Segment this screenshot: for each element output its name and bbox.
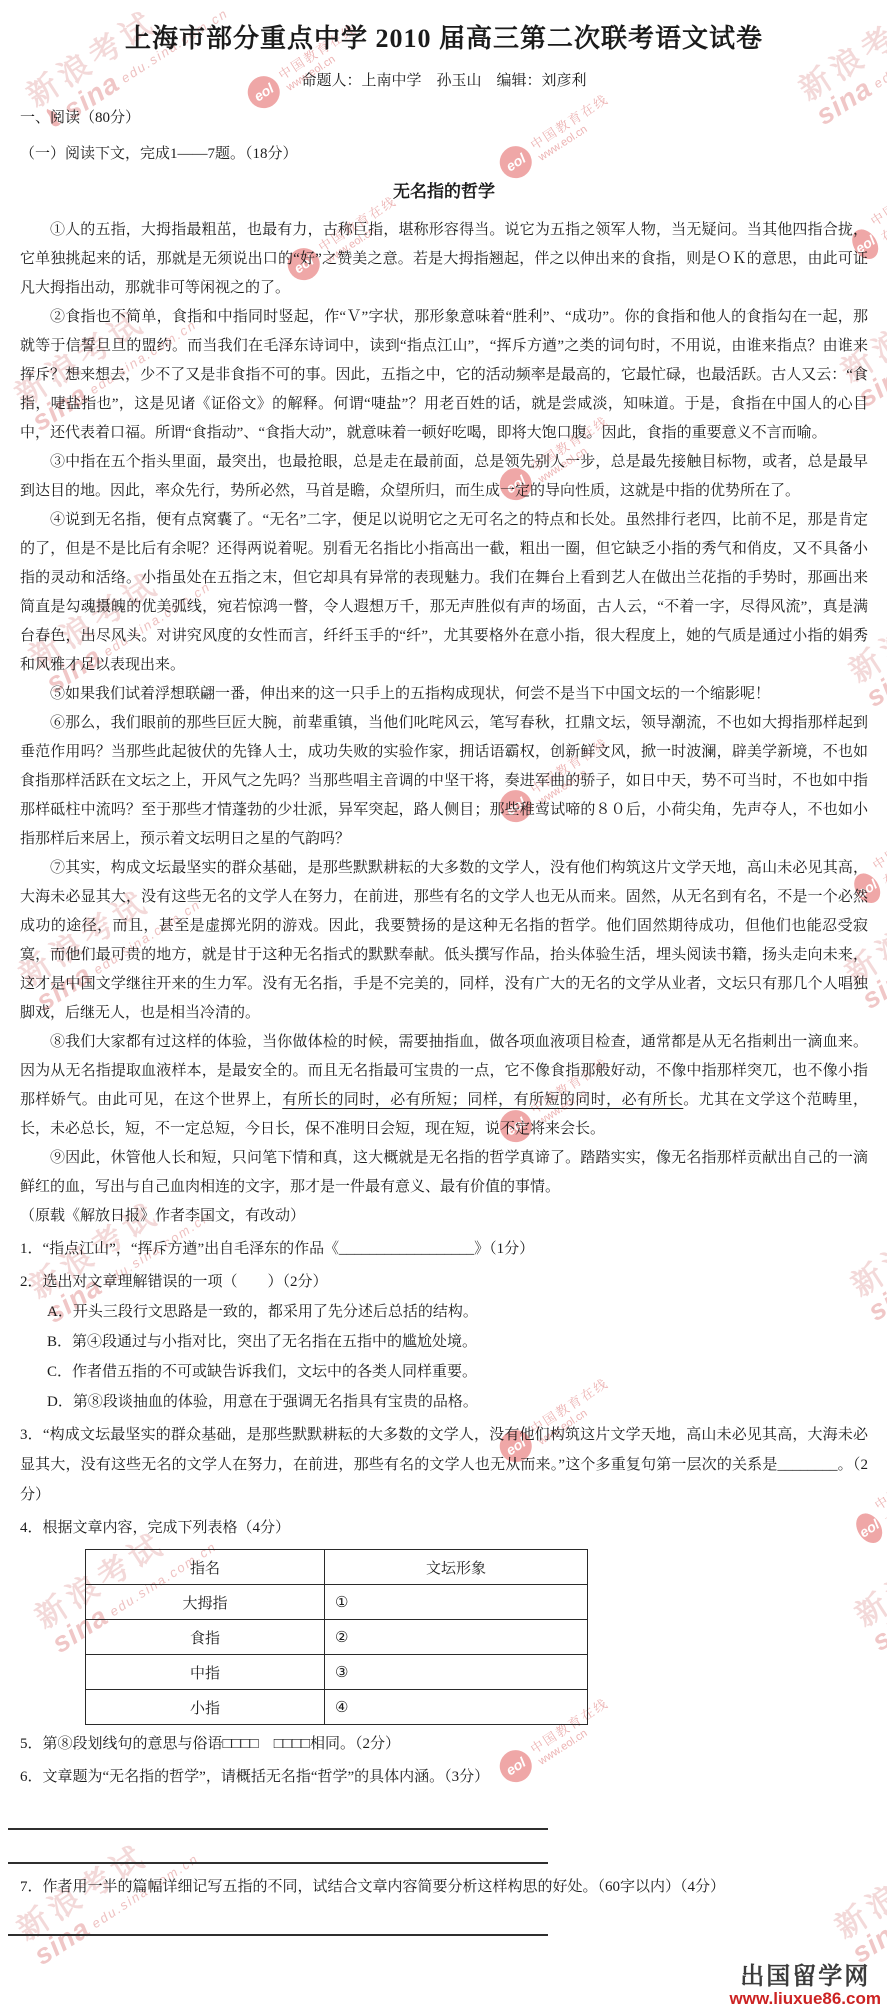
question-2-option-c: C．作者借五指的不可或缺告诉我们，文坛中的各类人同样重要。 (20, 1357, 868, 1387)
essay-title: 无名指的哲学 (20, 177, 868, 202)
answer-line (8, 1934, 548, 1936)
essay-paragraph-4: ④说到无名指，便有点窝囊了。“无名”二字，便足以说明它之无可名之的特点和长处。虽… (20, 506, 868, 680)
question-2-option-a: A．开头三段行文思路是一致的，都采用了先分述后总括的结构。 (20, 1297, 868, 1327)
page-title: 上海市部分重点中学 2010 届高三第二次联考语文试卷 (20, 18, 868, 55)
question-7: 7．作者用一半的篇幅详细记写五指的不同，试结合文章内容简要分析这样构思的好处。（… (20, 1872, 868, 1902)
table-row: 中指 ③ (86, 1655, 588, 1690)
footer-site-name: 出国留学网 (730, 1956, 881, 1991)
answer-line (8, 1862, 548, 1864)
exam-paper-page: 新浪考试 sina edu.sina.com.cn 新浪考试 sinaedu.s… (0, 0, 887, 2013)
footer-site-url: www.liuxue86.com (730, 1989, 881, 2009)
table-cell-finger: 大拇指 (86, 1585, 325, 1620)
question-2-option-b: B．第④段通过与小指对比，突出了无名指在五指中的尴尬处境。 (20, 1327, 868, 1357)
table-header-row: 指名 文坛形象 (86, 1550, 588, 1585)
essay-paragraph-1: ①人的五指，大拇指最粗茁，也最有力，古称巨指，堪称形容得当。说它为五指之领军人物… (20, 216, 868, 303)
essay-paragraph-7: ⑦其实，构成文坛最坚实的群众基础，是那些默默耕耘的大多数的文学人，没有他们构筑这… (20, 854, 868, 1028)
essay-paragraph-6: ⑥那么，我们眼前的那些巨匠大腕，前辈重镇，当他们叱咤风云，笔写春秋，扛鼎文坛，领… (20, 709, 868, 854)
question-6: 6．文章题为“无名指的哲学”，请概括无名指“哲学”的具体内涵。（3分） (20, 1762, 868, 1792)
table-row: 食指 ② (86, 1620, 588, 1655)
table-header-image: 文坛形象 (325, 1550, 588, 1585)
answer-line (8, 1828, 548, 1830)
question-5: 5．第⑧段划线句的意思与俗语□□□□ □□□□相同。（2分） (20, 1729, 868, 1759)
document-body: 上海市部分重点中学 2010 届高三第二次联考语文试卷 命题人：上南中学 孙玉山… (0, 0, 887, 1936)
essay-text: ①人的五指，大拇指最粗茁，也最有力，古称巨指，堪称形容得当。说它为五指之领军人物… (20, 216, 868, 1231)
question-2-option-d: D．第⑧段谈抽血的体验，用意在于强调无名指具有宝贵的品格。 (20, 1387, 868, 1417)
essay-paragraph-9: ⑨因此，休管他人长和短，只问笔下情和真，这大概就是无名指的哲学真谛了。踏踏实实，… (20, 1144, 868, 1202)
question-4: 4．根据文章内容，完成下列表格（4分） (20, 1513, 868, 1543)
table-cell-finger: 食指 (86, 1620, 325, 1655)
table-cell-blank: ③ (325, 1655, 588, 1690)
question-3: 3．“构成文坛最坚实的群众基础，是那些默默耕耘的大多数的文学人，没有他们构筑这片… (20, 1420, 868, 1510)
question-2: 2．选出对文章理解错误的一项（ ）（2分） (20, 1267, 868, 1297)
table-cell-finger: 小指 (86, 1690, 325, 1725)
paragraph-8-underlined-sentence: 有所长的同时，必有所短；同样，有所短的同时，必有所长 (282, 1092, 683, 1108)
table-cell-blank: ① (325, 1585, 588, 1620)
table-cell-blank: ④ (325, 1690, 588, 1725)
site-footer: 出国留学网 www.liuxue86.com (730, 1956, 881, 2009)
table-row: 大拇指 ① (86, 1585, 588, 1620)
table-cell-blank: ② (325, 1620, 588, 1655)
table-cell-finger: 中指 (86, 1655, 325, 1690)
questions-section: 1．“指点江山”，“挥斥方遒”出自毛泽东的作品《________________… (20, 1234, 868, 1936)
essay-paragraph-3: ③中指在五个指头里面，最突出，也最抢眼，总是走在最前面，总是领先别人一步，总是最… (20, 448, 868, 506)
essay-paragraph-2: ②食指也不简单，食指和中指同时竖起，作“Ｖ”字状，那形象意味着“胜利”、“成功”… (20, 303, 868, 448)
byline: 命题人：上南中学 孙玉山 编辑：刘彦利 (20, 69, 868, 90)
table-header-finger: 指名 (86, 1550, 325, 1585)
essay-paragraph-5: ⑤如果我们试着浮想联翩一番，伸出来的这一只手上的五指构成现状，何尝不是当下中国文… (20, 680, 868, 709)
question-1: 1．“指点江山”，“挥斥方遒”出自毛泽东的作品《________________… (20, 1234, 868, 1264)
subsection-heading: （一）阅读下文，完成1——7题。（18分） (20, 142, 868, 163)
essay-paragraph-8: ⑧我们大家都有过这样的体验，当你做体检的时候，需要抽指血，做各项血液项目检查，通… (20, 1028, 868, 1144)
table-row: 小指 ④ (86, 1690, 588, 1725)
section-heading: 一、阅读（80分） (20, 106, 868, 127)
finger-table: 指名 文坛形象 大拇指 ① 食指 ② 中指 ③ 小指 ④ (85, 1549, 588, 1725)
essay-attribution: （原载《解放日报》作者李国文，有改动） (20, 1202, 868, 1231)
